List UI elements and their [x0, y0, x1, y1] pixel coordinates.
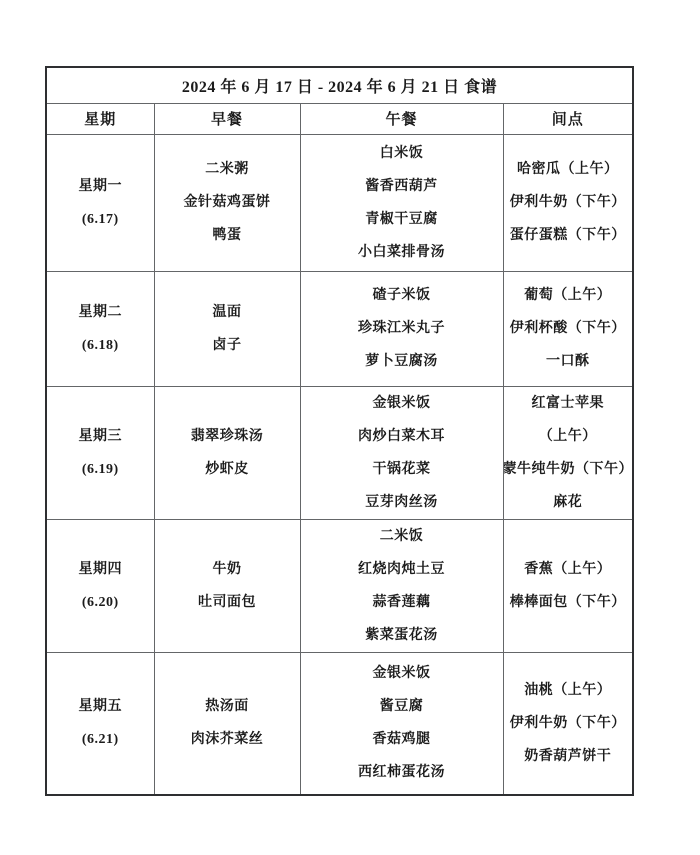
dish-item: 紫菜蛋花汤	[365, 619, 438, 652]
dish-item: 干锅花菜	[373, 453, 431, 486]
breakfast-cell: 翡翠珍珠汤炒虾皮	[154, 386, 300, 519]
day-cell: 星期一(6.17)	[46, 134, 154, 271]
menu-table-body: 星期一(6.17)二米粥金针菇鸡蛋饼鸭蛋白米饭酱香西葫芦青椒干豆腐小白菜排骨汤哈…	[46, 134, 633, 795]
page-title: 2024 年 6 月 17 日 - 2024 年 6 月 21 日 食谱	[46, 67, 633, 103]
snack-cell: 葡萄（上午）伊利杯酸（下午）一口酥	[503, 271, 633, 386]
dish-item: 白米饭	[380, 137, 424, 170]
dish-item: 吐司面包	[198, 586, 256, 619]
snack-item: 红富士苹果	[532, 387, 605, 420]
date-label: (6.19)	[82, 453, 119, 486]
dish-item: 蒜香莲藕	[373, 586, 431, 619]
dish-item: 温面	[213, 296, 242, 329]
day-cell: 星期五(6.21)	[46, 652, 154, 795]
column-header-breakfast: 早餐	[154, 103, 300, 134]
day-label: 星期一	[79, 170, 123, 203]
dish-item: 二米饭	[380, 520, 424, 553]
dish-item: 香菇鸡腿	[373, 723, 431, 756]
column-header-lunch: 午餐	[300, 103, 503, 134]
menu-row: 星期三(6.19)翡翠珍珠汤炒虾皮金银米饭肉炒白菜木耳干锅花菜豆芽肉丝汤红富士苹…	[46, 386, 633, 519]
snack-item: 一口酥	[546, 345, 590, 378]
day-cell: 星期二(6.18)	[46, 271, 154, 386]
breakfast-cell: 二米粥金针菇鸡蛋饼鸭蛋	[154, 134, 300, 271]
title-row: 2024 年 6 月 17 日 - 2024 年 6 月 21 日 食谱	[46, 67, 633, 103]
dish-item: 红烧肉炖土豆	[358, 553, 445, 586]
menu-row: 星期一(6.17)二米粥金针菇鸡蛋饼鸭蛋白米饭酱香西葫芦青椒干豆腐小白菜排骨汤哈…	[46, 134, 633, 271]
breakfast-cell: 牛奶吐司面包	[154, 519, 300, 652]
menu-table: 2024 年 6 月 17 日 - 2024 年 6 月 21 日 食谱 星期 …	[45, 66, 634, 796]
day-label: 星期四	[79, 553, 123, 586]
snack-item: 伊利牛奶（下午）	[510, 707, 626, 740]
menu-row: 星期四(6.20)牛奶吐司面包二米饭红烧肉炖土豆蒜香莲藕紫菜蛋花汤香蕉（上午）棒…	[46, 519, 633, 652]
column-header-weekday: 星期	[46, 103, 154, 134]
dish-item: 西红柿蛋花汤	[358, 756, 445, 789]
snack-item: 伊利牛奶（下午）	[510, 186, 626, 219]
dish-item: 牛奶	[213, 553, 242, 586]
dish-item: 萝卜豆腐汤	[365, 345, 438, 378]
lunch-cell: 二米饭红烧肉炖土豆蒜香莲藕紫菜蛋花汤	[300, 519, 503, 652]
lunch-cell: 金银米饭酱豆腐香菇鸡腿西红柿蛋花汤	[300, 652, 503, 795]
day-cell: 星期四(6.20)	[46, 519, 154, 652]
menu-page: 2024 年 6 月 17 日 - 2024 年 6 月 21 日 食谱 星期 …	[0, 0, 700, 855]
snack-cell: 香蕉（上午）棒棒面包（下午）	[503, 519, 633, 652]
breakfast-cell: 热汤面肉沫芥菜丝	[154, 652, 300, 795]
menu-row: 星期五(6.21)热汤面肉沫芥菜丝金银米饭酱豆腐香菇鸡腿西红柿蛋花汤油桃（上午）…	[46, 652, 633, 795]
column-header-snack: 间点	[503, 103, 633, 134]
snack-item: 香蕉（上午）	[524, 553, 611, 586]
day-label: 星期三	[79, 420, 123, 453]
menu-row: 星期二(6.18)温面卤子碴子米饭珍珠江米丸子萝卜豆腐汤葡萄（上午）伊利杯酸（下…	[46, 271, 633, 386]
date-label: (6.20)	[82, 586, 119, 619]
snack-cell: 油桃（上午）伊利牛奶（下午）奶香葫芦饼干	[503, 652, 633, 795]
lunch-cell: 碴子米饭珍珠江米丸子萝卜豆腐汤	[300, 271, 503, 386]
snack-cell: 红富士苹果（上午）蒙牛纯牛奶（下午）麻花	[503, 386, 633, 519]
dish-item: 青椒干豆腐	[365, 203, 438, 236]
snack-item: 麻花	[553, 486, 582, 519]
dish-item: 热汤面	[205, 690, 249, 723]
lunch-cell: 金银米饭肉炒白菜木耳干锅花菜豆芽肉丝汤	[300, 386, 503, 519]
snack-item: 葡萄（上午）	[524, 279, 611, 312]
dish-item: 卤子	[213, 329, 242, 362]
dish-item: 小白菜排骨汤	[358, 236, 445, 269]
day-label: 星期五	[79, 690, 123, 723]
dish-item: 碴子米饭	[373, 279, 431, 312]
day-cell: 星期三(6.19)	[46, 386, 154, 519]
dish-item: 酱香西葫芦	[365, 170, 438, 203]
header-row: 星期 早餐 午餐 间点	[46, 103, 633, 134]
dish-item: 炒虾皮	[205, 453, 249, 486]
dish-item: 酱豆腐	[380, 690, 424, 723]
dish-item: 金银米饭	[373, 657, 431, 690]
dish-item: 鸭蛋	[213, 219, 242, 252]
snack-item: 油桃（上午）	[524, 674, 611, 707]
date-label: (6.18)	[82, 329, 119, 362]
dish-item: 金银米饭	[373, 387, 431, 420]
dish-item: 肉炒白菜木耳	[358, 420, 445, 453]
dish-item: 肉沫芥菜丝	[191, 723, 264, 756]
date-label: (6.21)	[82, 723, 119, 756]
dish-item: 豆芽肉丝汤	[365, 486, 438, 519]
snack-item: 哈密瓜（上午）	[517, 153, 619, 186]
date-label: (6.17)	[82, 203, 119, 236]
day-label: 星期二	[79, 296, 123, 329]
snack-item: （上午）	[539, 420, 597, 453]
snack-item: 棒棒面包（下午）	[510, 586, 626, 619]
dish-item: 二米粥	[205, 153, 249, 186]
breakfast-cell: 温面卤子	[154, 271, 300, 386]
snack-item: 伊利杯酸（下午）	[510, 312, 626, 345]
dish-item: 翡翠珍珠汤	[191, 420, 264, 453]
snack-item: 蛋仔蛋糕（下午）	[510, 219, 626, 252]
dish-item: 珍珠江米丸子	[358, 312, 445, 345]
lunch-cell: 白米饭酱香西葫芦青椒干豆腐小白菜排骨汤	[300, 134, 503, 271]
dish-item: 金针菇鸡蛋饼	[184, 186, 271, 219]
snack-cell: 哈密瓜（上午）伊利牛奶（下午）蛋仔蛋糕（下午）	[503, 134, 633, 271]
snack-item: 蒙牛纯牛奶（下午）	[503, 453, 633, 486]
snack-item: 奶香葫芦饼干	[524, 740, 611, 773]
